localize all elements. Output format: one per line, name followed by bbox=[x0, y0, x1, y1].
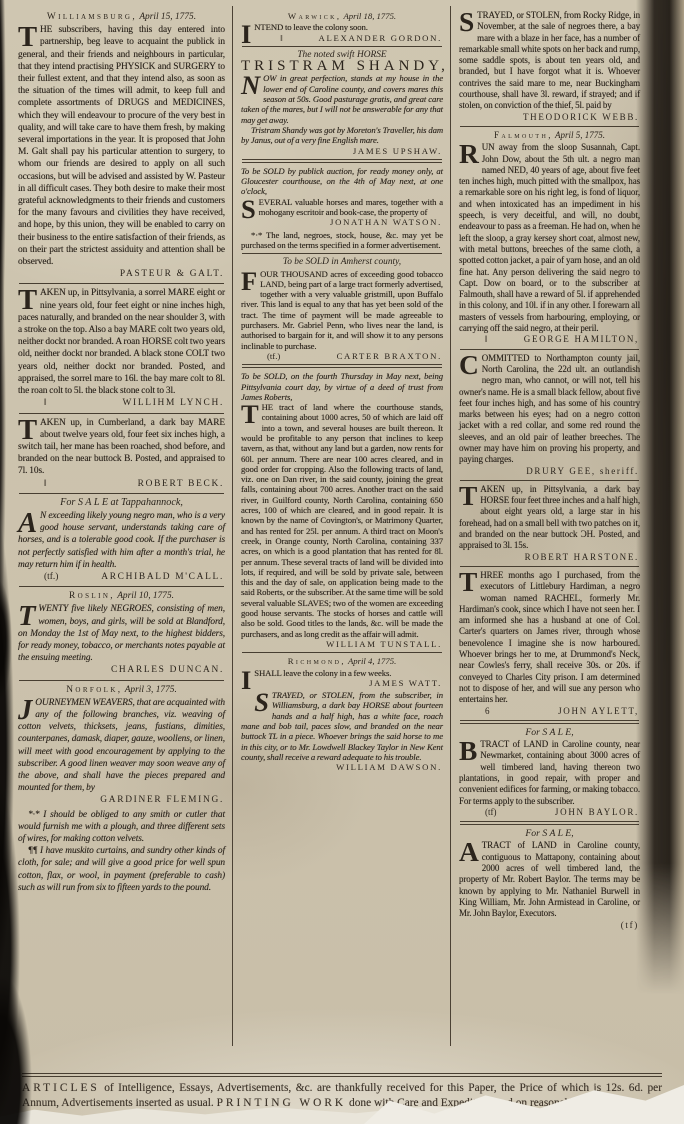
advertisement-middle-6: Richmond, April 4, 1775.ISHALL leave the… bbox=[241, 656, 443, 688]
drop-cap: R bbox=[459, 144, 479, 165]
advertisement-right-5: For S A L E,BTRACT of LAND in Caroline c… bbox=[459, 727, 640, 818]
drop-cap: I bbox=[241, 670, 251, 691]
signature-line: WILLIAM TUNSTALL. bbox=[241, 639, 442, 649]
drop-cap: S bbox=[459, 12, 474, 33]
signature-name: ROBERT HARSTONE. bbox=[525, 552, 639, 563]
advertisement-middle-1: The noted swift HORSETRISTRAM SHANDY,NOW… bbox=[241, 50, 443, 156]
signature-prefix: (tf.) bbox=[44, 571, 58, 583]
ad-separator-rule bbox=[460, 126, 639, 127]
ad-paragraph: To be SOLD by publick auction, for ready… bbox=[241, 166, 443, 197]
ad-separator-rule bbox=[19, 413, 224, 414]
advertisement-right-3: TAKEN up, in Pittsylvania, a dark bay HO… bbox=[459, 484, 640, 563]
advertisement-middle-7: STRAYED, or STOLEN, from the subscriber,… bbox=[241, 690, 443, 772]
dateline: Falmouth, April 5, 1775. bbox=[459, 130, 640, 141]
ad-separator-rule bbox=[19, 493, 224, 494]
ad-paragraph: INTEND to leave the colony soon. bbox=[241, 22, 443, 32]
ad-separator-rule bbox=[242, 46, 442, 47]
dateline: Norfolk, April 3, 1775. bbox=[18, 684, 225, 696]
footer-text: ARTICLES of Intelligence, Essays, Advert… bbox=[16, 1081, 668, 1110]
ad-separator-rule bbox=[460, 821, 639, 825]
ad-paragraph: SEVERAL valuable horses and mares, toget… bbox=[241, 197, 443, 218]
signature-name: JAMES WATT. bbox=[369, 678, 442, 688]
signature-line: 6JOHN AYLETT, bbox=[459, 706, 639, 717]
ad-separator-rule bbox=[460, 480, 639, 481]
signature-line: (tf.)CARTER BRAXTON. bbox=[241, 351, 442, 361]
ad-separator-rule bbox=[460, 349, 639, 350]
signature-name: (tf) bbox=[621, 920, 639, 931]
signature-name: JAMES UPSHAW. bbox=[353, 146, 442, 156]
signature-name: ARCHIBALD M'CALL. bbox=[101, 571, 224, 583]
advertisement-middle-3: *·* The land, negroes, stock, house, &c.… bbox=[241, 230, 443, 251]
drop-cap: C bbox=[459, 355, 479, 376]
signature-line: (tf) bbox=[459, 920, 639, 931]
signature-prefix: ‖ bbox=[280, 33, 282, 43]
ad-paragraph: *·* I should be obliged to any smith or … bbox=[18, 809, 225, 846]
advertisement-middle-0: Warwick, April 18, 1775.INTEND to leave … bbox=[241, 11, 443, 43]
page-footer: ARTICLES of Intelligence, Essays, Advert… bbox=[16, 1073, 668, 1110]
ad-paragraph: TAKEN up, in Pittsylvania, a sorrel MARE… bbox=[18, 287, 225, 397]
advertisement-left-2: TAKEN up, in Cumberland, a dark bay MARE… bbox=[18, 417, 225, 490]
signature-line: ‖WILLIHM LYNCH. bbox=[18, 397, 224, 409]
drop-cap: T bbox=[18, 26, 37, 48]
signature-prefix: (tf.) bbox=[267, 351, 280, 361]
signature-name: JONATHAN WATSON. bbox=[330, 217, 442, 227]
ad-paragraph: To be SOLD, on the fourth Thursday in Ma… bbox=[241, 371, 443, 402]
signature-line: THEODORICK WEBB. bbox=[459, 112, 639, 123]
ad-paragraph: ATRACT of LAND in Caroline county, conti… bbox=[459, 840, 640, 919]
dateline-date: April 3, 1775. bbox=[123, 685, 177, 695]
ad-separator-rule bbox=[19, 680, 224, 681]
signature-prefix: ‖ bbox=[485, 334, 488, 345]
advertisement-left-4: Roslin, April 10, 1775.TWENTY five likel… bbox=[18, 590, 225, 676]
ad-paragraph: STRAYED, or STOLEN, from Rocky Ridge, in… bbox=[459, 10, 640, 112]
ad-separator-rule bbox=[242, 253, 442, 254]
drop-cap: A bbox=[459, 842, 479, 863]
column-right: STRAYED, or STOLEN, from Rocky Ridge, in… bbox=[450, 6, 642, 1046]
dateline: Richmond, April 4, 1775. bbox=[241, 656, 443, 666]
ad-paragraph: TAKEN up, in Pittsylvania, a dark bay HO… bbox=[459, 484, 640, 552]
ad-paragraph: FOUR THOUSAND acres of exceeding good to… bbox=[241, 269, 443, 351]
ad-paragraph: ¶¶ I have muskito curtains, and sundry o… bbox=[18, 845, 225, 894]
signature-name: WILLIAM TUNSTALL. bbox=[326, 639, 442, 649]
advertisement-middle-4: To be SOLD in Amherst county,FOUR THOUSA… bbox=[241, 257, 443, 361]
signature-name: CARTER BRAXTON. bbox=[337, 351, 442, 361]
advertisement-right-6: For S A L E,ATRACT of LAND in Caroline c… bbox=[459, 828, 640, 931]
signature-name: THEODORICK WEBB. bbox=[523, 112, 639, 123]
signature-line: ‖ROBERT BECK. bbox=[18, 478, 224, 490]
signature-prefix: 6 bbox=[485, 706, 490, 717]
ad-heading: To be SOLD in Amherst county, bbox=[241, 257, 443, 267]
column-middle: Warwick, April 18, 1775.INTEND to leave … bbox=[232, 6, 450, 1046]
signature-line: (tf)JOHN BAYLOR. bbox=[459, 807, 639, 818]
drop-cap: B bbox=[459, 741, 477, 762]
drop-cap: S bbox=[254, 692, 269, 713]
advertisement-right-1: Falmouth, April 5, 1775.RUN away from th… bbox=[459, 130, 640, 346]
dateline-date: April 4, 1775. bbox=[346, 656, 396, 666]
footer-segment: done with Care and Expedition, and on re… bbox=[346, 1097, 612, 1109]
ad-paragraph: THE subscribers, having this day entered… bbox=[18, 24, 225, 268]
ad-paragraph: STRAYED, or STOLEN, from the subscriber,… bbox=[241, 690, 443, 762]
signature-line: JAMES WATT. bbox=[254, 678, 442, 688]
advertisement-left-6: *·* I should be obliged to any smith or … bbox=[18, 809, 225, 894]
columns-area: Williamsburg, April 15, 1775.THE subscri… bbox=[12, 6, 642, 1046]
signature-line: JAMES UPSHAW. bbox=[241, 146, 442, 156]
ad-separator-rule bbox=[242, 364, 442, 368]
signature-line: WILLIAM DAWSON. bbox=[241, 762, 442, 772]
drop-cap: T bbox=[459, 572, 477, 593]
advertisement-middle-5: To be SOLD, on the fourth Thursday in Ma… bbox=[241, 371, 443, 649]
dateline: Warwick, April 18, 1775. bbox=[241, 11, 443, 21]
signature-name: JOHN AYLETT, bbox=[558, 706, 639, 717]
signature-line: ‖ALEXANDER GORDON. bbox=[254, 33, 442, 43]
ad-paragraph: THREE months ago I purchased, from the e… bbox=[459, 570, 640, 706]
dateline-place: Roslin, bbox=[69, 591, 115, 601]
ad-separator-rule bbox=[460, 720, 639, 724]
ad-separator-rule bbox=[19, 283, 224, 284]
drop-cap: T bbox=[241, 404, 259, 425]
ad-paragraph: COMMITTED to Northampton county jail, No… bbox=[459, 353, 640, 466]
ad-paragraph: *·* The land, negroes, stock, house, &c.… bbox=[241, 230, 443, 251]
ad-separator-rule bbox=[242, 159, 442, 163]
signature-name: ROBERT BECK. bbox=[138, 478, 224, 490]
ad-paragraph: BTRACT of LAND in Caroline county, near … bbox=[459, 739, 640, 807]
signature-name: CHARLES DUNCAN. bbox=[111, 664, 224, 676]
advertisement-middle-2: To be SOLD by publick auction, for ready… bbox=[241, 166, 443, 228]
signature-line: JONATHAN WATSON. bbox=[259, 217, 442, 227]
advertisement-left-1: TAKEN up, in Pittsylvania, a sorrel MARE… bbox=[18, 287, 225, 409]
ad-paragraph: ISHALL leave the colony in a few weeks. bbox=[241, 668, 443, 678]
drop-cap: T bbox=[18, 289, 37, 311]
drop-cap: S bbox=[241, 199, 256, 220]
ad-paragraph: THE tract of land where the courthouse s… bbox=[241, 402, 443, 639]
signature-prefix: (tf) bbox=[485, 807, 497, 818]
ad-separator-rule bbox=[19, 586, 224, 587]
dateline: Williamsburg, April 15, 1775. bbox=[18, 11, 225, 23]
dateline-place: Norfolk, bbox=[66, 685, 122, 695]
footer-segment: PRINTING WORK bbox=[217, 1097, 347, 1109]
ad-paragraph: TWENTY five likely NEGROES, consisting o… bbox=[18, 603, 225, 664]
signature-line: ROBERT HARSTONE. bbox=[459, 552, 639, 563]
drop-cap: J bbox=[18, 699, 32, 721]
signature-name: GEORGE HAMILTON, bbox=[524, 334, 639, 345]
dateline-date: April 18, 1775. bbox=[341, 11, 396, 21]
signature-line: PASTEUR & GALT. bbox=[18, 268, 224, 280]
signature-name: DRURY GEE, sheriff. bbox=[526, 466, 639, 477]
ad-paragraph: JOURNEYMEN WEAVERS, that are acquainted … bbox=[18, 697, 225, 795]
signature-name: WILLIAM DAWSON. bbox=[336, 762, 442, 772]
dateline-place: Warwick, bbox=[288, 11, 342, 21]
signature-prefix: ‖ bbox=[44, 397, 47, 409]
drop-cap: T bbox=[18, 605, 35, 627]
dateline: Roslin, April 10, 1775. bbox=[18, 590, 225, 602]
drop-cap: T bbox=[18, 419, 37, 441]
ad-heading: For S A L E at Tappahannock, bbox=[18, 497, 225, 509]
ad-paragraph: AN exceeding likely young negro man, who… bbox=[18, 510, 225, 571]
drop-cap: A bbox=[18, 512, 37, 534]
footer-segment: ARTICLES bbox=[22, 1082, 100, 1094]
advertisement-left-0: Williamsburg, April 15, 1775.THE subscri… bbox=[18, 11, 225, 280]
drop-cap: I bbox=[241, 24, 251, 45]
drop-cap: F bbox=[241, 271, 257, 292]
ad-separator-rule bbox=[242, 652, 442, 653]
ad-paragraph: Tristram Shandy was got by Moreton's Tra… bbox=[241, 125, 443, 146]
newspaper-page: Williamsburg, April 15, 1775.THE subscri… bbox=[0, 0, 684, 1124]
ad-title: TRISTRAM SHANDY, bbox=[241, 61, 443, 71]
torn-edge-right bbox=[636, 0, 684, 1004]
dateline-date: April 5, 1775. bbox=[553, 130, 605, 140]
signature-name: ALEXANDER GORDON. bbox=[319, 33, 443, 43]
dateline-date: April 15, 1775. bbox=[137, 12, 196, 22]
signature-line: DRURY GEE, sheriff. bbox=[459, 466, 639, 477]
signature-line: GARDINER FLEMING. bbox=[18, 794, 224, 806]
signature-line: (tf.)ARCHIBALD M'CALL. bbox=[18, 571, 224, 583]
dateline-place: Falmouth, bbox=[494, 130, 553, 140]
advertisement-left-5: Norfolk, April 3, 1775.JOURNEYMEN WEAVER… bbox=[18, 684, 225, 807]
footer-rule bbox=[22, 1073, 662, 1077]
signature-line: ‖GEORGE HAMILTON, bbox=[459, 334, 639, 345]
signature-prefix: ‖ bbox=[44, 478, 47, 490]
signature-line: CHARLES DUNCAN. bbox=[18, 664, 224, 676]
signature-name: JOHN BAYLOR. bbox=[555, 807, 639, 818]
signature-name: GARDINER FLEMING. bbox=[100, 794, 224, 806]
ad-separator-rule bbox=[460, 566, 639, 567]
column-left: Williamsburg, April 15, 1775.THE subscri… bbox=[12, 6, 232, 1046]
advertisement-right-4: THREE months ago I purchased, from the e… bbox=[459, 570, 640, 717]
dateline-place: Williamsburg, bbox=[47, 12, 137, 22]
ad-paragraph: NOW in great perfection, stands at my ho… bbox=[241, 73, 443, 124]
ad-heading: For S A L E, bbox=[459, 828, 640, 839]
signature-name: PASTEUR & GALT. bbox=[120, 268, 224, 280]
advertisement-right-0: STRAYED, or STOLEN, from Rocky Ridge, in… bbox=[459, 10, 640, 123]
ad-heading: For S A L E, bbox=[459, 727, 640, 738]
advertisement-right-2: COMMITTED to Northampton county jail, No… bbox=[459, 353, 640, 477]
drop-cap: N bbox=[241, 75, 260, 96]
ad-paragraph: TAKEN up, in Cumberland, a dark bay MARE… bbox=[18, 417, 225, 478]
drop-cap: T bbox=[459, 486, 477, 507]
signature-name: WILLIHM LYNCH. bbox=[123, 397, 225, 409]
ad-paragraph: RUN away from the sloop Susannah, Capt. … bbox=[459, 142, 640, 334]
advertisement-left-3: For S A L E at Tappahannock,AN exceeding… bbox=[18, 497, 225, 583]
dateline-place: Richmond, bbox=[288, 656, 346, 666]
dateline-date: April 10, 1775. bbox=[115, 591, 174, 601]
